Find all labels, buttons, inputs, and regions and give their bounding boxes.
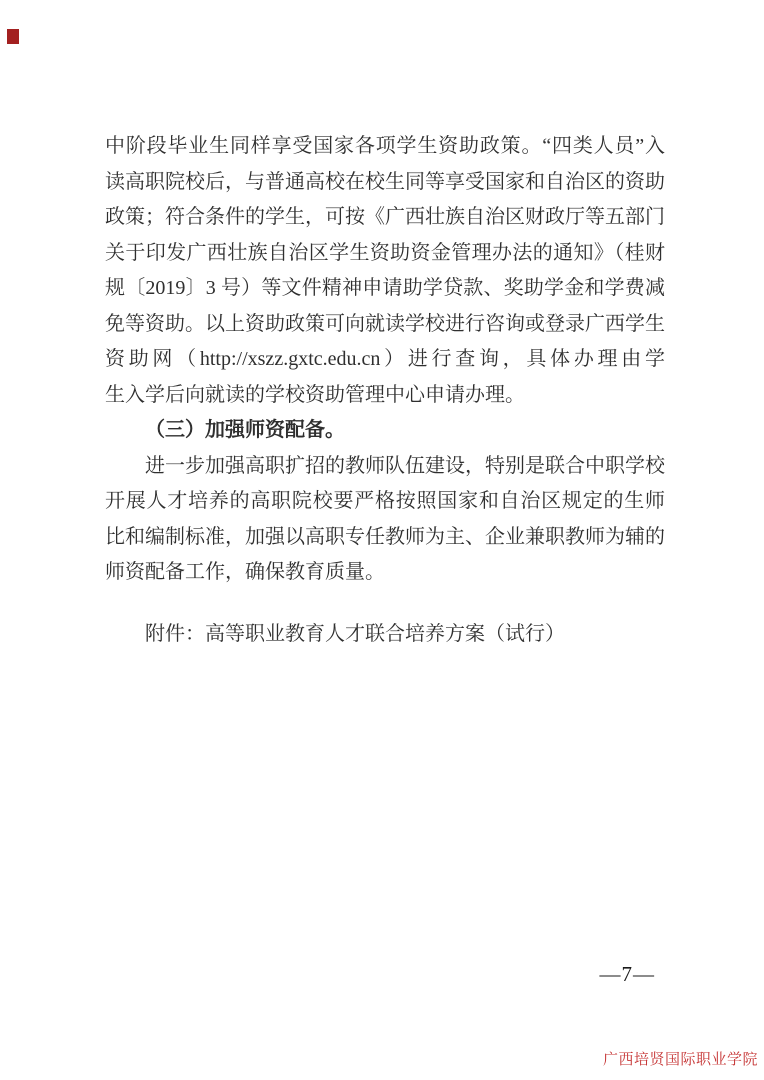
- text-line: 规〔2019〕3 号）等文件精神申请助学贷款、奖助学金和学费减: [105, 271, 665, 307]
- attachment-line: 附件：高等职业教育人才联合培养方案（试行）: [105, 617, 665, 653]
- text-line: 比和编制标准，加强以高职专任教师为主、企业兼职教师为辅的: [105, 520, 665, 556]
- text-line: 免等资助。以上资助政策可向就读学校进行咨询或登录广西学生: [105, 307, 665, 343]
- text-line: 师资配备工作，确保教育质量。: [105, 555, 665, 591]
- text-line: 生入学后向就读的学校资助管理中心申请办理。: [105, 378, 665, 414]
- document-page: 中阶段毕业生同样享受国家各项学生资助政策。“四类人员”入 读高职院校后，与普通高…: [0, 0, 764, 1080]
- footer-watermark: 广西培贤国际职业学院: [603, 1048, 758, 1069]
- text-line: 资助网（http://xszz.gxtc.edu.cn）进行查询，具体办理由学: [105, 342, 665, 378]
- text-line: 开展人才培养的高职院校要严格按照国家和自治区规定的生师: [105, 484, 665, 520]
- text-line: 政策；符合条件的学生，可按《广西壮族自治区财政厅等五部门: [105, 200, 665, 236]
- body-text: 中阶段毕业生同样享受国家各项学生资助政策。“四类人员”入 读高职院校后，与普通高…: [105, 129, 665, 652]
- text-line: 进一步加强高职扩招的教师队伍建设，特别是联合中职学校: [105, 449, 665, 485]
- text-line: 读高职院校后，与普通高校在校生同等享受国家和自治区的资助: [105, 165, 665, 201]
- section-heading: （三）加强师资配备。: [105, 413, 665, 449]
- text-line: 中阶段毕业生同样享受国家各项学生资助政策。“四类人员”入: [105, 129, 665, 165]
- text-line: 关于印发广西壮族自治区学生资助资金管理办法的通知》（桂财: [105, 236, 665, 272]
- red-corner-stamp: [7, 29, 19, 44]
- page-number: —7—: [600, 962, 656, 987]
